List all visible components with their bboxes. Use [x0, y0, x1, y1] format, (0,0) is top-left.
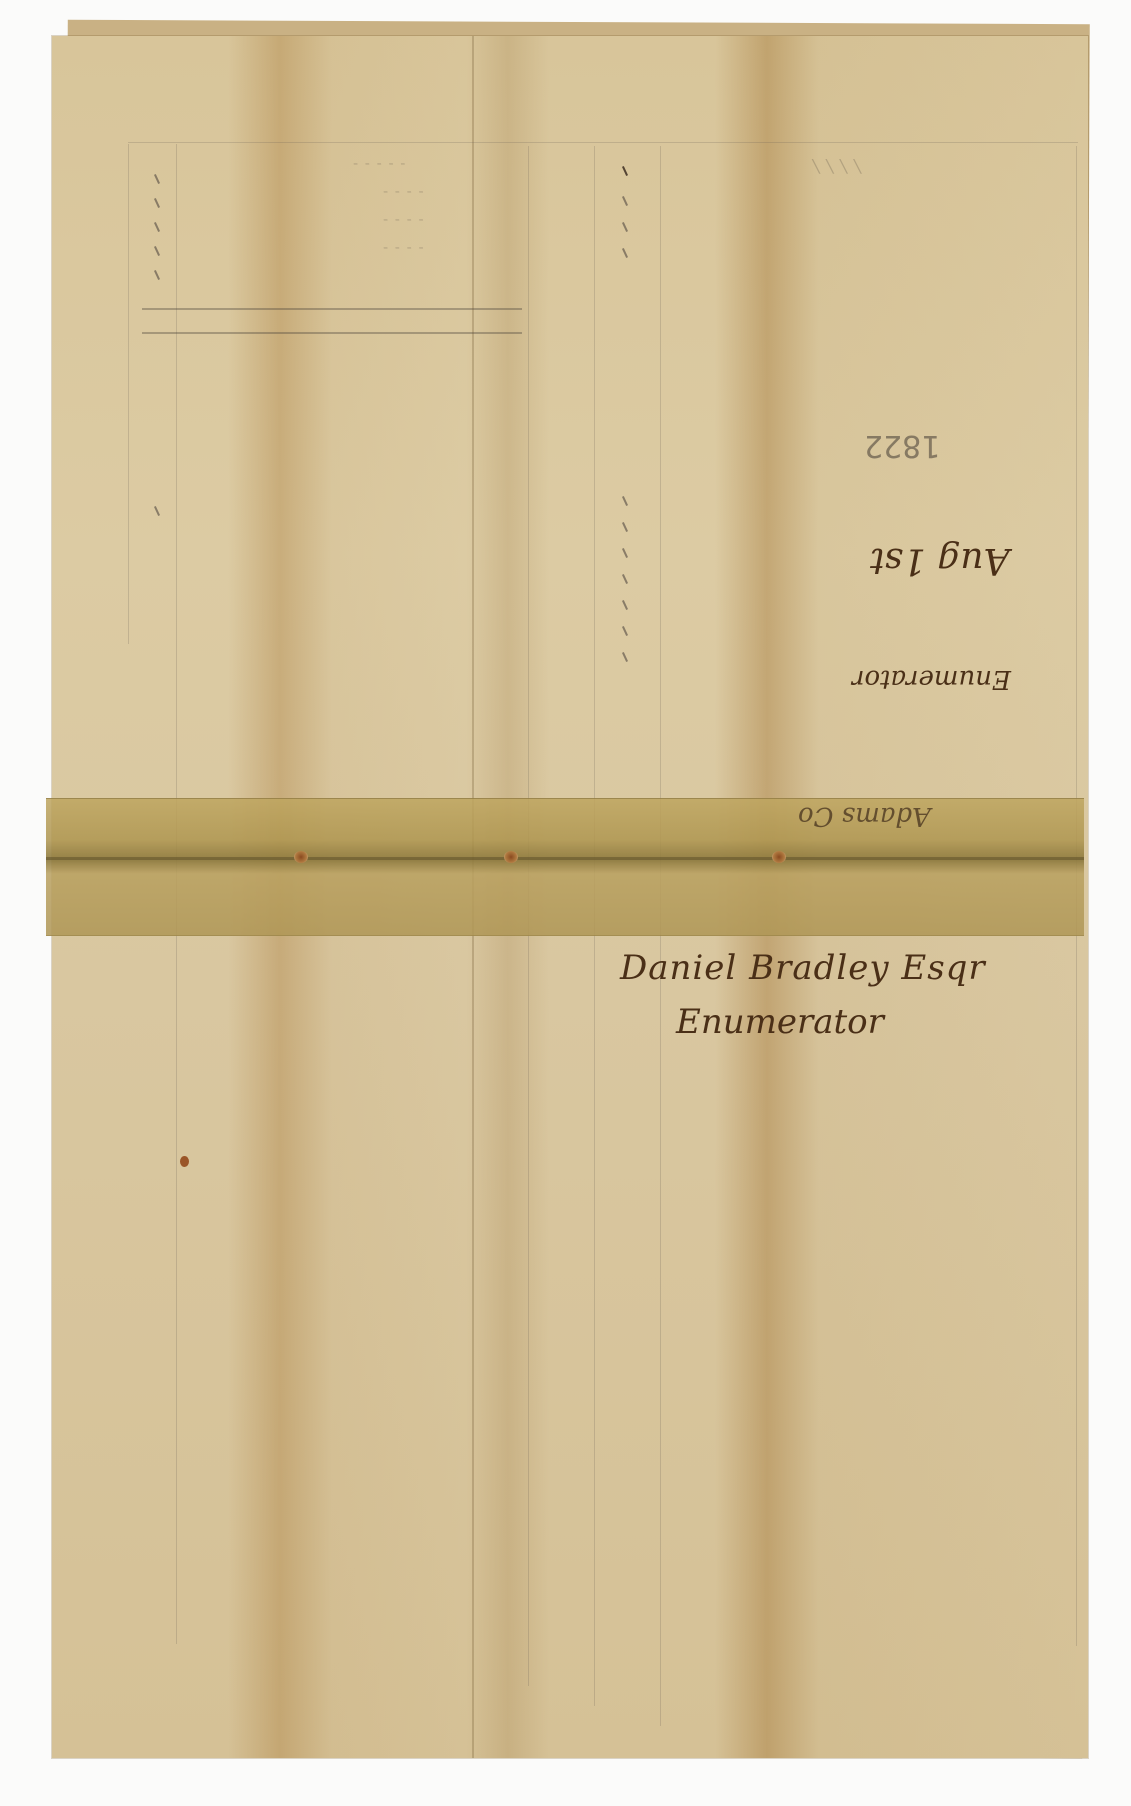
- ledger-rule: [128, 142, 1078, 143]
- tally-mark: [622, 626, 628, 636]
- tape-fold-crease: [46, 857, 1084, 860]
- ink-stain: [180, 1156, 189, 1167]
- tally-mark: [622, 196, 628, 206]
- upside-down-date: Aug 1st: [870, 540, 1010, 581]
- tape-puncture: [504, 851, 518, 863]
- tally-mark: [622, 496, 628, 506]
- endorsement-block: Daniel Bradley Esqr Enumerator: [620, 948, 986, 1042]
- tally-mark: [154, 270, 160, 280]
- upside-down-enumerator: Enumerator: [852, 664, 1011, 694]
- tally-mark: [622, 574, 628, 584]
- tally-mark: [154, 246, 160, 256]
- repair-tape: Adams Co: [46, 798, 1084, 936]
- bleed-through-text: - - - -: [382, 210, 424, 228]
- tally-mark: [622, 522, 628, 532]
- enumerator-name: Daniel Bradley Esqr: [620, 948, 986, 988]
- pencil-archive-number: 1822: [864, 428, 940, 463]
- tally-mark: [154, 198, 160, 208]
- upside-down-county: Adams Co: [798, 801, 931, 831]
- tape-puncture: [294, 851, 308, 863]
- bleed-through-text: - - - -: [382, 238, 424, 256]
- tape-puncture: [772, 851, 786, 863]
- bleed-through-text: - - - - -: [352, 154, 405, 172]
- tally-mark: [154, 174, 160, 184]
- ledger-total-rule: [142, 332, 522, 334]
- tally-mark: [622, 600, 628, 610]
- enumerator-title: Enumerator: [676, 1002, 986, 1042]
- ledger-total-rule: [142, 308, 522, 310]
- tally-mark: [154, 506, 160, 516]
- bleed-through-text: / / / /: [812, 156, 860, 177]
- tally-mark: [622, 222, 628, 232]
- ledger-rule: [128, 144, 129, 644]
- tally-mark: [622, 248, 628, 258]
- tally-mark: [622, 548, 628, 558]
- bleed-through-text: - - - -: [382, 182, 424, 200]
- tally-mark: [154, 222, 160, 232]
- tally-mark: [622, 652, 628, 662]
- document-scan: - - - - - - - - - - - - - - - - - / / / …: [0, 0, 1131, 1806]
- tally-mark: [622, 166, 628, 176]
- ledger-rule: [660, 146, 661, 1726]
